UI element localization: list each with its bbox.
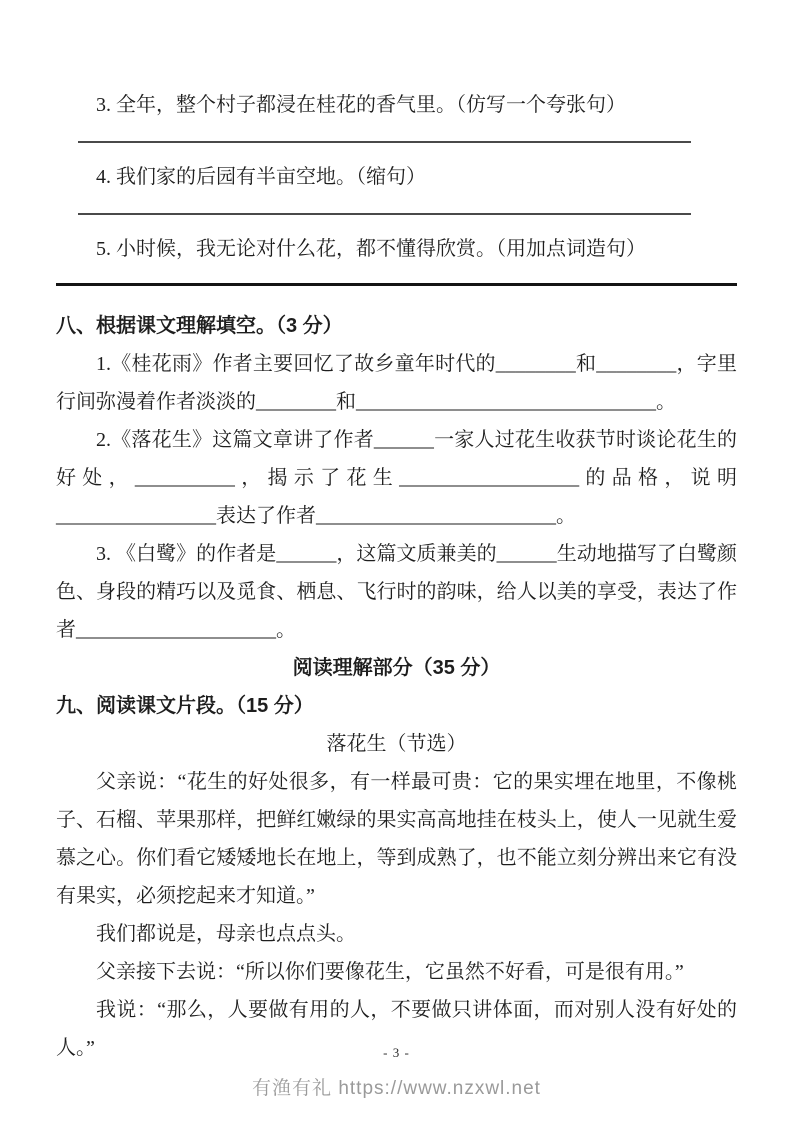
answer-line-q4	[78, 213, 691, 215]
reading-comprehension-section: 阅读理解部分（35 分） 九、阅读课文片段。（15 分） 落花生（节选） 父亲说…	[56, 649, 737, 1067]
page-footer: - 3 - 有渔有礼 https://www.nzxwl.net	[0, 1045, 793, 1122]
sentence-exercise-section: 3. 全年，整个村子都浸在桂花的香气里。（仿写一个夸张句） 4. 我们家的后园有…	[56, 86, 737, 268]
question-4: 4. 我们家的后园有半亩空地。（缩句）	[56, 158, 737, 196]
question-3: 3. 全年，整个村子都浸在桂花的香气里。（仿写一个夸张句）	[56, 86, 737, 124]
watermark-text: 有渔有礼 https://www.nzxwl.net	[0, 1073, 793, 1100]
fill-item-2: 2.《落花生》这篇文章讲了作者______一家人过花生收获节时谈论花生的好处，_…	[56, 421, 737, 535]
section-nine-heading: 九、阅读课文片段。（15 分）	[56, 687, 737, 725]
question-5: 5. 小时候，我无论对什么花，都不懂得欣赏。（用加点词造句）	[56, 230, 737, 268]
page-number: - 3 -	[0, 1045, 793, 1061]
passage-title: 落花生（节选）	[56, 725, 737, 763]
passage-paragraph-3: 父亲接下去说：“所以你们要像花生，它虽然不好看，可是很有用。”	[56, 953, 737, 991]
fill-item-3: 3. 《白鹭》的作者是______，这篇文质兼美的______生动地描写了白鹭颜…	[56, 535, 737, 649]
passage-paragraph-2: 我们都说是，母亲也点点头。	[56, 915, 737, 953]
section-eight-heading: 八、根据课文理解填空。（3 分）	[56, 307, 737, 345]
section-divider-rule	[56, 283, 737, 286]
answer-line-q3	[78, 141, 691, 143]
passage-paragraph-1: 父亲说：“花生的好处很多，有一样最可贵：它的果实埋在地里，不像桃子、石榴、苹果那…	[56, 763, 737, 915]
fill-in-blank-section: 八、根据课文理解填空。（3 分） 1.《桂花雨》作者主要回忆了故乡童年时代的__…	[56, 307, 737, 649]
test-paper-page: 3. 全年，整个村子都浸在桂花的香气里。（仿写一个夸张句） 4. 我们家的后园有…	[0, 0, 793, 1067]
fill-item-1: 1.《桂花雨》作者主要回忆了故乡童年时代的________和________，字…	[56, 345, 737, 421]
reading-part-header: 阅读理解部分（35 分）	[56, 649, 737, 687]
